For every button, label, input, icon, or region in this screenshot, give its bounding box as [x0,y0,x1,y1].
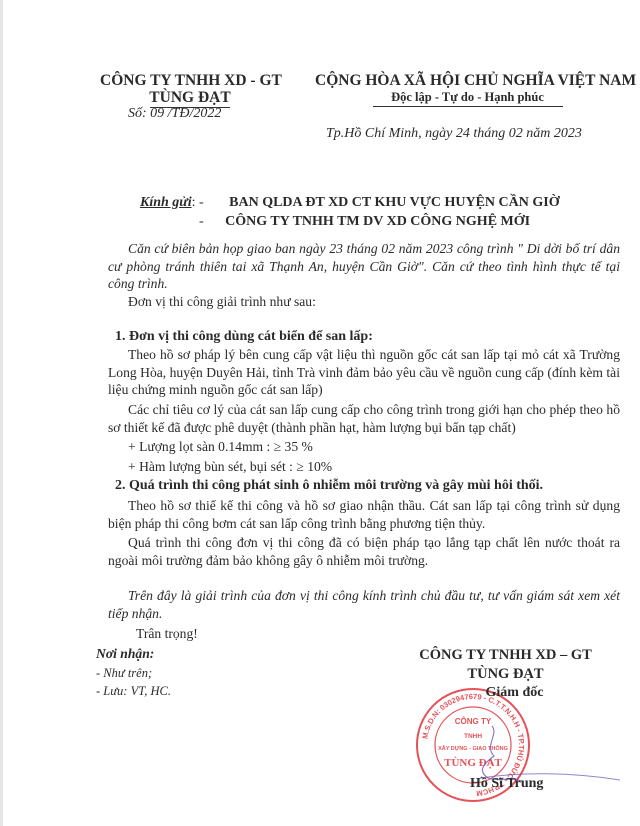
recipients-label: Kính gửi [140,195,192,210]
page-edge [0,0,3,826]
issuer-block: CÔNG TY TNHH XD - GT TÙNG ĐẠT [100,72,280,108]
signature-block: CÔNG TY TNHH XD – GT TÙNG ĐẠT Giám đốc [418,646,593,702]
distribution-title: Nơi nhận: [96,645,154,662]
stamp-line-4: TÙNG ĐẠT [444,757,502,769]
section-1-title: 1. Đơn vị thi công dùng cát biển để san … [115,328,627,346]
signer-company: CÔNG TY TNHH XD – GT [418,646,593,665]
intro-paragraph: Căn cứ biên bản họp giao ban ngày 23 thá… [108,240,620,293]
recipient-1: BAN QLDA ĐT XD CT KHU VỰC HUYỆN CẦN GIỜ [229,195,559,210]
nation-title: CỘNG HÒA XÃ HỘI CHỦ NGHĨA VIỆT NAM [315,72,620,89]
stamp-line-3: XÂY DỰNG - GIAO THÔNG [438,744,508,752]
signer-company-name: TÙNG ĐẠT [418,665,593,684]
regards: Trân trọng! [136,625,198,642]
issuer-company-name: TÙNG ĐẠT [100,89,280,106]
stamp-line-1: CÔNG TY [455,717,492,726]
motto-underline [373,106,563,107]
stamp-line-2: TNHH [464,733,482,740]
lead-paragraph: Đơn vị thi công giải trình như sau: [108,293,620,311]
distribution-item-2: - Lưu: VT, HC. [96,683,171,700]
bullet-1: + Lượng lọt sàn 0.14mm : ≥ 35 % [128,438,608,456]
signer-name: Hồ Sĩ Trung [470,776,543,792]
section-1-paragraph-1: Theo hồ sơ pháp lý bên cung cấp vật liệu… [108,346,620,399]
recipient-dash: - [199,214,204,229]
recipients-line-1: Kính gửi: - BAN QLDA ĐT XD CT KHU VỰC HU… [140,195,560,211]
issuer-company: CÔNG TY TNHH XD - GT [100,72,280,89]
national-header: CỘNG HÒA XÃ HỘI CHỦ NGHĨA VIỆT NAM Độc l… [315,72,620,107]
section-2-paragraph-2: Quá trình thi công đơn vị thi công đã có… [108,534,620,569]
national-motto: Độc lập - Tự do - Hạnh phúc [315,89,620,105]
section-2-title: 2. Quá trình thi công phát sinh ô nhiễm … [115,477,627,495]
bullet-2: + Hàm lượng bùn sét, bụi sét : ≥ 10% [128,458,608,476]
recipients-line-2: - CÔNG TY TNHH TM DV XD CÔNG NGHỆ MỚI [199,214,530,230]
place-date: Tp.Hồ Chí Minh, ngày 24 tháng 02 năm 202… [326,126,582,142]
recipients-separator: : - [192,195,204,210]
closing-paragraph: Trên đây là giải trình của đơn vị thi cô… [108,587,620,622]
signer-position: Giám đốc [436,684,593,702]
recipient-2: CÔNG TY TNHH TM DV XD CÔNG NGHỆ MỚI [225,214,530,229]
section-2-paragraph-1: Theo hồ sơ thiế kế thi công và hồ sơ gia… [108,497,620,532]
section-1-paragraph-2: Các chỉ tiêu cơ lý của cát san lấp cung … [108,401,620,436]
document-number: Số: 09 /TĐ/2022 [128,106,221,122]
distribution-item-1: - Như trên; [96,665,152,682]
